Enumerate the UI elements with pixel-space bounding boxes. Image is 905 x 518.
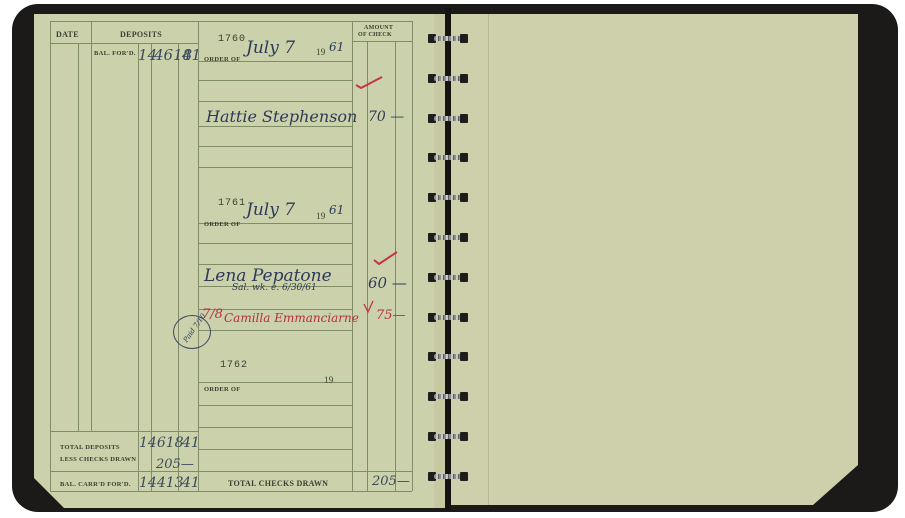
date-col-line — [78, 43, 79, 431]
amount-header-divider — [352, 41, 412, 42]
spiral-ring-icon — [428, 193, 468, 202]
check-year-prefix: 19 — [324, 375, 334, 385]
less-checks-label: LESS CHECKS DRAWN — [60, 456, 136, 463]
bal-carried-cents: 41 — [182, 475, 200, 491]
deposit-col-line-1 — [138, 43, 139, 491]
rule — [198, 167, 352, 168]
total-checks-drawn-label: TOTAL CHECKS DRAWN — [228, 479, 328, 488]
check-year-prefix: 19 — [316, 47, 326, 57]
red-note-amount: 75— — [376, 308, 406, 323]
spiral-ring-icon — [428, 352, 468, 361]
rule — [198, 330, 352, 331]
date-header: DATE — [56, 30, 79, 39]
check-year-suffix: 61 — [329, 203, 344, 217]
rule — [198, 146, 352, 147]
rule — [198, 449, 352, 450]
bal-forward-label: BAL. FOR'D. — [94, 50, 136, 57]
spiral-ring-icon — [428, 432, 468, 441]
deposit-check-divider — [198, 21, 199, 491]
rule — [198, 243, 352, 244]
red-checkmark-icon — [372, 250, 400, 266]
red-checkmark-icon — [363, 300, 375, 314]
spiral-ring-icon — [428, 233, 468, 242]
spiral-ring-icon — [428, 313, 468, 322]
red-checkmark-icon — [354, 74, 384, 90]
check-memo: Sal. wk. e. 6/30/61 — [232, 283, 317, 293]
deposit-col-line-2 — [151, 43, 152, 491]
totals-bottom-line — [50, 471, 412, 472]
spiral-ring-icon — [428, 114, 468, 123]
check-number: 1761 — [218, 198, 246, 209]
total-deposits-label: TOTAL DEPOSITS — [60, 444, 120, 451]
rule — [198, 101, 352, 102]
amount-header-line1: AMOUNT — [364, 25, 393, 31]
spiral-ring-icon — [428, 472, 468, 481]
check-number: 1760 — [218, 34, 246, 45]
spiral-ring-icon — [428, 74, 468, 83]
check-register-page: DATE DEPOSITS AMOUNT OF CHECK BAL. FOR'D… — [34, 14, 434, 508]
rule-bottom — [50, 491, 412, 492]
total-checks-drawn-value: 205— — [372, 474, 410, 489]
rule — [198, 80, 352, 81]
check-amount: 70 — — [368, 109, 404, 125]
payee-name: Hattie Stephenson — [206, 107, 357, 126]
bal-carried-label: BAL. CARR'D FOR'D. — [60, 481, 131, 488]
red-note-payee: Camilla Emmanciarne — [224, 311, 359, 325]
right-page-margin-line — [488, 14, 489, 505]
date-deposit-divider — [91, 21, 92, 431]
check-year-prefix: 19 — [316, 211, 326, 221]
bal-carried-value: 14413 — [139, 475, 184, 491]
spiral-ring-icon — [428, 34, 468, 43]
spiral-ring-icon — [428, 273, 468, 282]
rule-left — [50, 21, 51, 491]
deposits-header: DEPOSITS — [120, 30, 162, 39]
deposit-col-line-3 — [178, 43, 179, 491]
less-checks-value: 205— — [156, 457, 194, 472]
total-deposits-cents: 41 — [182, 435, 200, 451]
order-of-label: ORDER OF — [204, 386, 241, 393]
blank-page — [451, 14, 858, 505]
amount-header-line2: OF CHECK — [358, 32, 392, 38]
check-amount: 60 — — [368, 274, 407, 292]
check-date: July 7 — [246, 38, 295, 58]
totals-top-line — [50, 431, 198, 432]
rule — [198, 427, 352, 428]
rule-top — [50, 21, 412, 22]
rule — [198, 126, 352, 127]
total-deposits-value: 14618 — [139, 435, 184, 451]
header-divider — [50, 43, 198, 44]
rule — [198, 264, 352, 265]
check-number: 1762 — [220, 360, 248, 371]
spiral-ring-icon — [428, 392, 468, 401]
check-date: July 7 — [246, 200, 295, 220]
rule — [198, 405, 352, 406]
spiral-ring-icon — [428, 153, 468, 162]
order-of-label: ORDER OF — [204, 221, 241, 228]
check-year-suffix: 61 — [329, 40, 344, 54]
order-of-label: ORDER OF — [204, 56, 241, 63]
rule-right — [412, 21, 413, 491]
amount-col-left — [352, 21, 353, 491]
bal-forward-cents: 41 — [182, 46, 201, 64]
